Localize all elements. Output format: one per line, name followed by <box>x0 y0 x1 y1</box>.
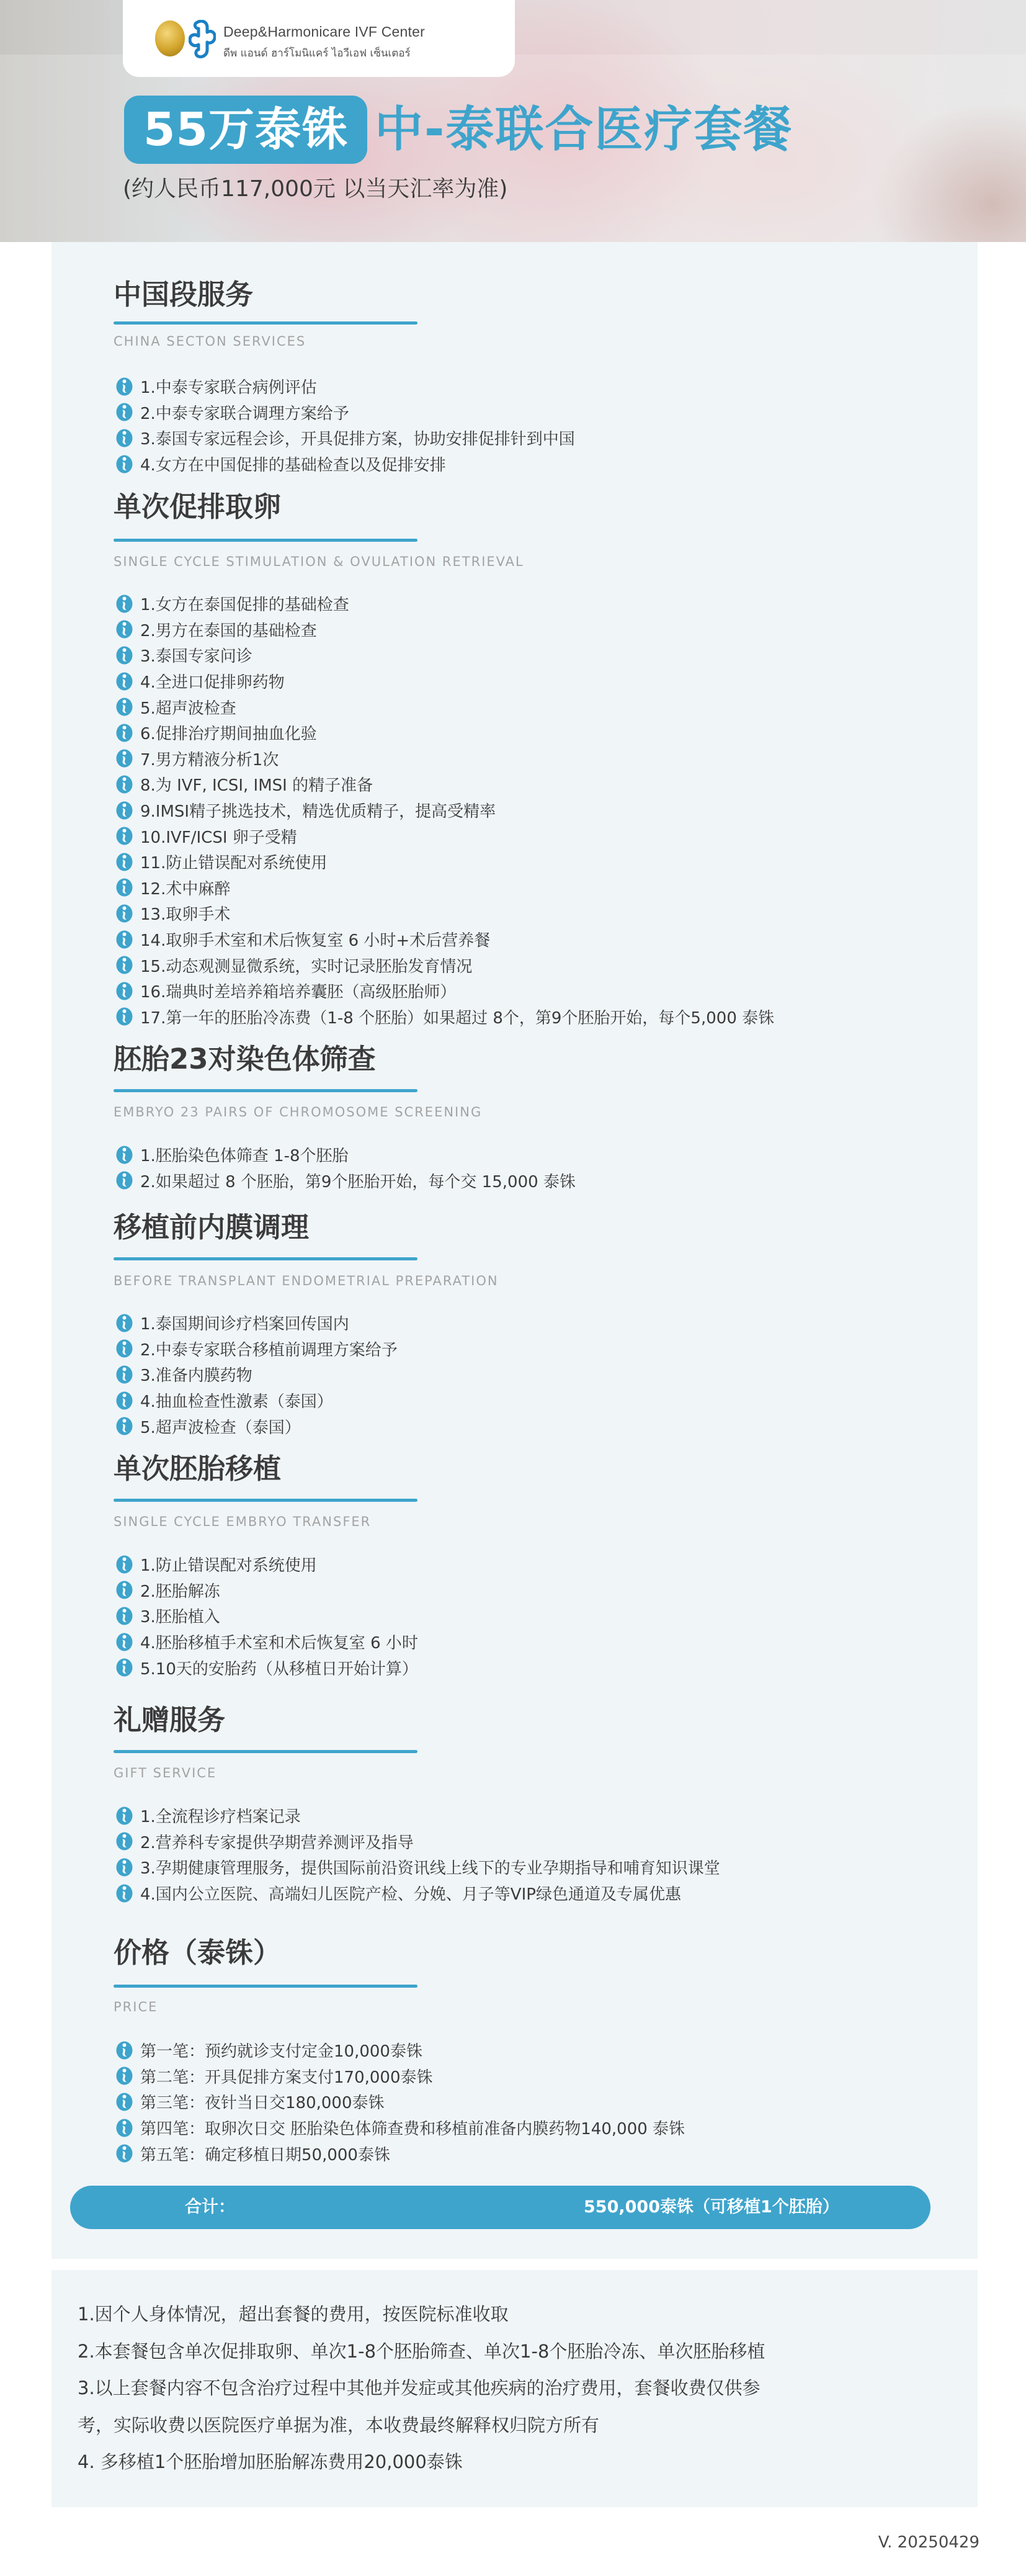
list-item: 4.全进口促排卵药物 <box>116 668 774 694</box>
logo-name-en: Deep&Harmonicare IVF Center <box>223 24 425 40</box>
list-item: 第四笔：取卵次日交 胚胎染色体筛查费和移植前准备内膜药物140,000 泰铢 <box>116 2115 685 2141</box>
section-divider <box>114 1089 417 1092</box>
section-subtitle: SINGLE CYCLE EMBRYO TRANSFER <box>114 1514 371 1529</box>
list-item: 8.为 IVF, ICSI, IMSI 的精子准备 <box>116 771 774 797</box>
list-item-text: 2.男方在泰国的基础检查 <box>140 618 317 641</box>
section-embryo-transfer: 单次胚胎移植SINGLE CYCLE EMBRYO TRANSFER1.防止错误… <box>114 1455 281 1483</box>
list-item: 2.胚胎解冻 <box>116 1577 418 1604</box>
list-item-text: 2.营养科专家提供孕期营养测评及指导 <box>140 1830 414 1853</box>
section-item-list: 1.全流程诊疗档案记录2.营养科专家提供孕期营养测评及指导3.孕期健康管理服务，… <box>116 1803 720 1906</box>
info-bullet-icon <box>116 1633 133 1651</box>
info-bullet-icon <box>116 1146 133 1164</box>
list-item: 12.术中麻醉 <box>116 875 774 901</box>
section-item-list: 1.泰国期间诊疗档案回传国内2.中泰专家联合移植前调理方案给予3.准备内膜药物4… <box>116 1310 398 1439</box>
section-divider <box>114 539 417 542</box>
list-item-text: 14.取卵手术室和术后恢复室 6 小时+术后营养餐 <box>140 928 490 951</box>
list-item-text: 第一笔：预约就诊支付定金10,000泰铢 <box>140 2039 422 2062</box>
note-line: 2.本套餐包含单次促排取卵、单次1-8个胚胎筛查、单次1-8个胚胎冷冻、单次胚胎… <box>78 2333 765 2371</box>
info-bullet-icon <box>116 2041 133 2060</box>
section-chromosome-screening: 胚胎23对染色体筛查EMBRYO 23 PAIRS OF CHROMOSOME … <box>114 1045 376 1073</box>
info-bullet-icon <box>116 1555 133 1574</box>
list-item-text: 10.IVF/ICSI 卵子受精 <box>140 825 297 848</box>
list-item: 9.IMSI精子挑选技术，精选优质精子，提高受精率 <box>116 797 774 824</box>
list-item: 2.营养科专家提供孕期营养测评及指导 <box>116 1829 720 1855</box>
list-item-text: 7.男方精液分析1次 <box>140 747 279 770</box>
info-bullet-icon <box>116 1581 133 1599</box>
list-item: 1.女方在泰国促排的基础检查 <box>116 591 774 617</box>
info-bullet-icon <box>116 775 133 794</box>
list-item: 2.中泰专家联合移植前调理方案给予 <box>116 1336 398 1362</box>
list-item: 第三笔：夜针当日交180,000泰铢 <box>116 2089 685 2115</box>
list-item: 1.中泰专家联合病例评估 <box>116 374 575 400</box>
logo-card: Deep&Harmonicare IVF Center ดีพ แอนด์ ฮา… <box>123 0 515 77</box>
info-bullet-icon <box>116 429 133 447</box>
section-subtitle: PRICE <box>114 1999 158 2014</box>
info-bullet-icon <box>116 904 133 923</box>
info-bullet-icon <box>116 1171 133 1190</box>
list-item: 17.第一年的胚胎冷冻费（1-8 个胚胎）如果超过 8个，第9个胚胎开始，每个5… <box>116 1004 774 1030</box>
list-item-text: 1.胚胎染色体筛查 1-8个胚胎 <box>140 1143 349 1166</box>
list-item: 2.如果超过 8 个胚胎，第9个胚胎开始，每个交 15,000 泰铢 <box>116 1168 576 1194</box>
list-item: 2.中泰专家联合调理方案给予 <box>116 400 575 426</box>
info-bullet-icon <box>116 827 133 845</box>
list-item: 4.胚胎移植手术室和术后恢复室 6 小时 <box>116 1629 418 1655</box>
info-bullet-icon <box>116 2067 133 2085</box>
list-item-text: 4.胚胎移植手术室和术后恢复室 6 小时 <box>140 1630 418 1653</box>
version-label: V. 20250429 <box>878 2533 979 2552</box>
list-item-text: 1.全流程诊疗档案记录 <box>140 1804 301 1827</box>
price-badge: 55万泰铢 <box>124 96 367 164</box>
blue-cross-logo-icon <box>189 20 216 58</box>
list-item: 第二笔：开具促排方案支付170,000泰铢 <box>116 2063 685 2089</box>
list-item: 4.抽血检查性激素（泰国） <box>116 1388 398 1414</box>
info-bullet-icon <box>116 1858 133 1877</box>
section-divider <box>114 1499 417 1502</box>
list-item: 1.胚胎染色体筛查 1-8个胚胎 <box>116 1142 576 1168</box>
list-item-text: 12.术中麻醉 <box>140 876 230 899</box>
section-endometrial-preparation: 移植前内膜调理BEFORE TRANSPLANT ENDOMETRIAL PRE… <box>114 1213 309 1241</box>
list-item: 16.瑞典时差培养箱培养囊胚（高级胚胎师） <box>116 978 774 1004</box>
info-bullet-icon <box>116 377 133 396</box>
page-subtitle: (约人民币117,000元 以当天汇率为准) <box>123 171 507 203</box>
section-stimulation-retrieval: 单次促排取卵SINGLE CYCLE STIMULATION & OVULATI… <box>114 493 281 521</box>
section-title: 单次促排取卵 <box>114 493 281 521</box>
info-bullet-icon <box>116 672 133 691</box>
section-subtitle: EMBRYO 23 PAIRS OF CHROMOSOME SCREENING <box>114 1105 482 1120</box>
list-item-text: 17.第一年的胚胎冷冻费（1-8 个胚胎）如果超过 8个，第9个胚胎开始，每个5… <box>140 1005 774 1028</box>
notes-list: 1.因个人身体情况，超出套餐的费用，按医院标准收取 2.本套餐包含单次促排取卵、… <box>78 2296 765 2481</box>
list-item-text: 1.泰国期间诊疗档案回传国内 <box>140 1311 349 1334</box>
list-item-text: 5.超声波检查（泰国） <box>140 1415 301 1438</box>
list-item-text: 13.取卵手术 <box>140 902 230 925</box>
section-price: 价格（泰铢）PRICE第一笔：预约就诊支付定金10,000泰铢第二笔：开具促排方… <box>114 1939 281 1967</box>
list-item: 3.孕期健康管理服务，提供国际前沿资讯线上线下的专业孕期指导和哺育知识课堂 <box>116 1854 720 1880</box>
info-bullet-icon <box>116 2119 133 2137</box>
info-bullet-icon <box>116 1365 133 1384</box>
section-subtitle: SINGLE CYCLE STIMULATION & OVULATION RET… <box>114 554 524 569</box>
info-bullet-icon <box>116 1658 133 1677</box>
list-item: 14.取卵手术室和术后恢复室 6 小时+术后营养餐 <box>116 927 774 953</box>
info-bullet-icon <box>116 1391 133 1410</box>
info-bullet-icon <box>116 2144 133 2163</box>
section-divider <box>114 1257 417 1260</box>
info-bullet-icon <box>116 620 133 639</box>
list-item-text: 9.IMSI精子挑选技术，精选优质精子，提高受精率 <box>140 799 496 822</box>
list-item: 3.泰国专家远程会诊，开具促排方案，协助安排促排针到中国 <box>116 425 575 451</box>
list-item-text: 3.胚胎植入 <box>140 1604 220 1627</box>
info-bullet-icon <box>116 403 133 421</box>
list-item-text: 第三笔：夜针当日交180,000泰铢 <box>140 2090 385 2113</box>
list-item-text: 3.孕期健康管理服务，提供国际前沿资讯线上线下的专业孕期指导和哺育知识课堂 <box>140 1856 720 1878</box>
list-item: 3.胚胎植入 <box>116 1603 418 1629</box>
list-item: 第五笔：确定移植日期50,000泰铢 <box>116 2140 685 2166</box>
list-item: 11.防止错误配对系统使用 <box>116 849 774 875</box>
section-title: 礼赠服务 <box>114 1706 225 1734</box>
list-item-text: 15.动态观测显微系统，实时记录胚胎发育情况 <box>140 954 472 977</box>
list-item: 1.全流程诊疗档案记录 <box>116 1803 720 1829</box>
section-title: 中国段服务 <box>114 280 253 308</box>
section-title: 胚胎23对染色体筛查 <box>114 1045 376 1073</box>
info-bullet-icon <box>116 1832 133 1851</box>
list-item-text: 4.全进口促排卵药物 <box>140 670 285 693</box>
list-item: 4.国内公立医院、高端妇儿医院产检、分娩、月子等VIP绿色通道及专属优惠 <box>116 1880 720 1906</box>
info-bullet-icon <box>116 595 133 613</box>
list-item-text: 6.促排治疗期间抽血化验 <box>140 721 317 744</box>
info-bullet-icon <box>116 1314 133 1332</box>
list-item: 4.女方在中国促排的基础检查以及促排安排 <box>116 451 575 477</box>
total-label: 合计： <box>185 2186 235 2229</box>
info-bullet-icon <box>116 982 133 1000</box>
section-divider <box>114 1750 417 1753</box>
list-item-text: 4.抽血检查性激素（泰国） <box>140 1389 333 1412</box>
info-bullet-icon <box>116 455 133 473</box>
list-item: 5.超声波检查 <box>116 694 774 720</box>
info-bullet-icon <box>116 801 133 820</box>
section-subtitle: CHINA SECTON SERVICES <box>114 334 306 349</box>
list-item-text: 5.10天的安胎药（从移植日开始计算） <box>140 1656 418 1679</box>
list-item: 15.动态观测显微系统，实时记录胚胎发育情况 <box>116 952 774 978</box>
list-item: 第一笔：预约就诊支付定金10,000泰铢 <box>116 2037 685 2063</box>
list-item-text: 第五笔：确定移植日期50,000泰铢 <box>140 2142 390 2165</box>
list-item-text: 8.为 IVF, ICSI, IMSI 的精子准备 <box>140 773 373 796</box>
info-bullet-icon <box>116 1607 133 1625</box>
info-bullet-icon <box>116 878 133 897</box>
list-item-text: 第二笔：开具促排方案支付170,000泰铢 <box>140 2065 433 2088</box>
list-item: 13.取卵手术 <box>116 900 774 927</box>
list-item-text: 第四笔：取卵次日交 胚胎染色体筛查费和移植前准备内膜药物140,000 泰铢 <box>140 2116 685 2139</box>
info-bullet-icon <box>116 749 133 768</box>
list-item-text: 2.如果超过 8 个胚胎，第9个胚胎开始，每个交 15,000 泰铢 <box>140 1169 576 1192</box>
list-item-text: 3.泰国专家远程会诊，开具促排方案，协助安排促排针到中国 <box>140 426 575 449</box>
info-bullet-icon <box>116 1884 133 1903</box>
list-item-text: 11.防止错误配对系统使用 <box>140 850 327 873</box>
section-item-list: 1.胚胎染色体筛查 1-8个胚胎2.如果超过 8 个胚胎，第9个胚胎开始，每个交… <box>116 1142 576 1193</box>
section-item-list: 1.中泰专家联合病例评估2.中泰专家联合调理方案给予3.泰国专家远程会诊，开具促… <box>116 374 575 477</box>
list-item: 3.泰国专家问诊 <box>116 642 774 668</box>
section-subtitle: GIFT SERVICE <box>114 1766 216 1780</box>
total-value: 550,000泰铢（可移植1个胚胎） <box>584 2186 839 2229</box>
note-line: 4. 多移植1个胚胎增加胚胎解冻费用20,000泰铢 <box>78 2444 765 2481</box>
info-bullet-icon <box>116 1417 133 1435</box>
list-item: 2.男方在泰国的基础检查 <box>116 617 774 643</box>
list-item-text: 2.中泰专家联合移植前调理方案给予 <box>140 1337 398 1360</box>
list-item: 7.男方精液分析1次 <box>116 746 774 772</box>
section-divider <box>114 321 417 325</box>
info-bullet-icon <box>116 1806 133 1825</box>
list-item-text: 1.中泰专家联合病例评估 <box>140 375 317 398</box>
list-item: 10.IVF/ICSI 卵子受精 <box>116 823 774 849</box>
list-item-text: 3.泰国专家问诊 <box>140 644 252 666</box>
info-bullet-icon <box>116 1007 133 1026</box>
list-item: 6.促排治疗期间抽血化验 <box>116 720 774 746</box>
section-china-services: 中国段服务CHINA SECTON SERVICES1.中泰专家联合病例评估2.… <box>114 280 253 308</box>
section-title: 移植前内膜调理 <box>114 1213 309 1241</box>
info-bullet-icon <box>116 956 133 974</box>
info-bullet-icon <box>116 2093 133 2111</box>
hero-banner: Deep&Harmonicare IVF Center ดีพ แอนด์ ฮา… <box>0 0 1026 242</box>
gold-seal-icon <box>155 20 185 56</box>
list-item-text: 1.防止错误配对系统使用 <box>140 1553 317 1576</box>
section-item-list: 1.防止错误配对系统使用2.胚胎解冻3.胚胎植入4.胚胎移植手术室和术后恢复室 … <box>116 1551 418 1681</box>
info-bullet-icon <box>116 1339 133 1358</box>
section-divider <box>114 1985 417 1988</box>
list-item: 5.10天的安胎药（从移植日开始计算） <box>116 1654 418 1681</box>
list-item-text: 1.女方在泰国促排的基础检查 <box>140 592 349 615</box>
section-title: 价格（泰铢） <box>114 1939 281 1967</box>
info-bullet-icon <box>116 853 133 871</box>
list-item-text: 2.中泰专家联合调理方案给予 <box>140 401 349 424</box>
note-line: 1.因个人身体情况，超出套餐的费用，按医院标准收取 <box>78 2296 765 2333</box>
list-item-text: 3.准备内膜药物 <box>140 1363 252 1386</box>
list-item-text: 2.胚胎解冻 <box>140 1579 220 1602</box>
page-title: 中-泰联合医疗套餐 <box>375 96 793 164</box>
section-subtitle: BEFORE TRANSPLANT ENDOMETRIAL PREPARATIO… <box>114 1273 499 1288</box>
list-item-text: 4.国内公立医院、高端妇儿医院产检、分娩、月子等VIP绿色通道及专属优惠 <box>140 1882 681 1905</box>
list-item: 1.防止错误配对系统使用 <box>116 1551 418 1577</box>
info-bullet-icon <box>116 930 133 949</box>
list-item: 1.泰国期间诊疗档案回传国内 <box>116 1310 398 1336</box>
info-bullet-icon <box>116 698 133 716</box>
list-item: 5.超声波检查（泰国） <box>116 1413 398 1439</box>
list-item-text: 16.瑞典时差培养箱培养囊胚（高级胚胎师） <box>140 979 456 1002</box>
logo-name-th: ดีพ แอนด์ ฮาร์โมนิแคร์ ไอวีเอฟ เซ็นเตอร์ <box>223 45 411 61</box>
note-line: 3.以上套餐内容不包含治疗过程中其他并发症或其他疾病的治疗费用，套餐收费仅供参 <box>78 2370 765 2407</box>
list-item-text: 5.超声波检查 <box>140 696 236 719</box>
section-item-list: 1.女方在泰国促排的基础检查2.男方在泰国的基础检查3.泰国专家问诊4.全进口促… <box>116 591 774 1030</box>
info-bullet-icon <box>116 724 133 742</box>
section-item-list: 第一笔：预约就诊支付定金10,000泰铢第二笔：开具促排方案支付170,000泰… <box>116 2037 685 2166</box>
list-item: 3.准备内膜药物 <box>116 1362 398 1388</box>
total-bar: 合计： 550,000泰铢（可移植1个胚胎） <box>70 2186 930 2229</box>
note-line: 考，实际收费以医院医疗单据为准，本收费最终解释权归院方所有 <box>78 2407 765 2444</box>
section-gift-service: 礼赠服务GIFT SERVICE1.全流程诊疗档案记录2.营养科专家提供孕期营养… <box>114 1706 225 1734</box>
list-item-text: 4.女方在中国促排的基础检查以及促排安排 <box>140 452 446 475</box>
section-title: 单次胚胎移植 <box>114 1455 281 1483</box>
info-bullet-icon <box>116 646 133 665</box>
